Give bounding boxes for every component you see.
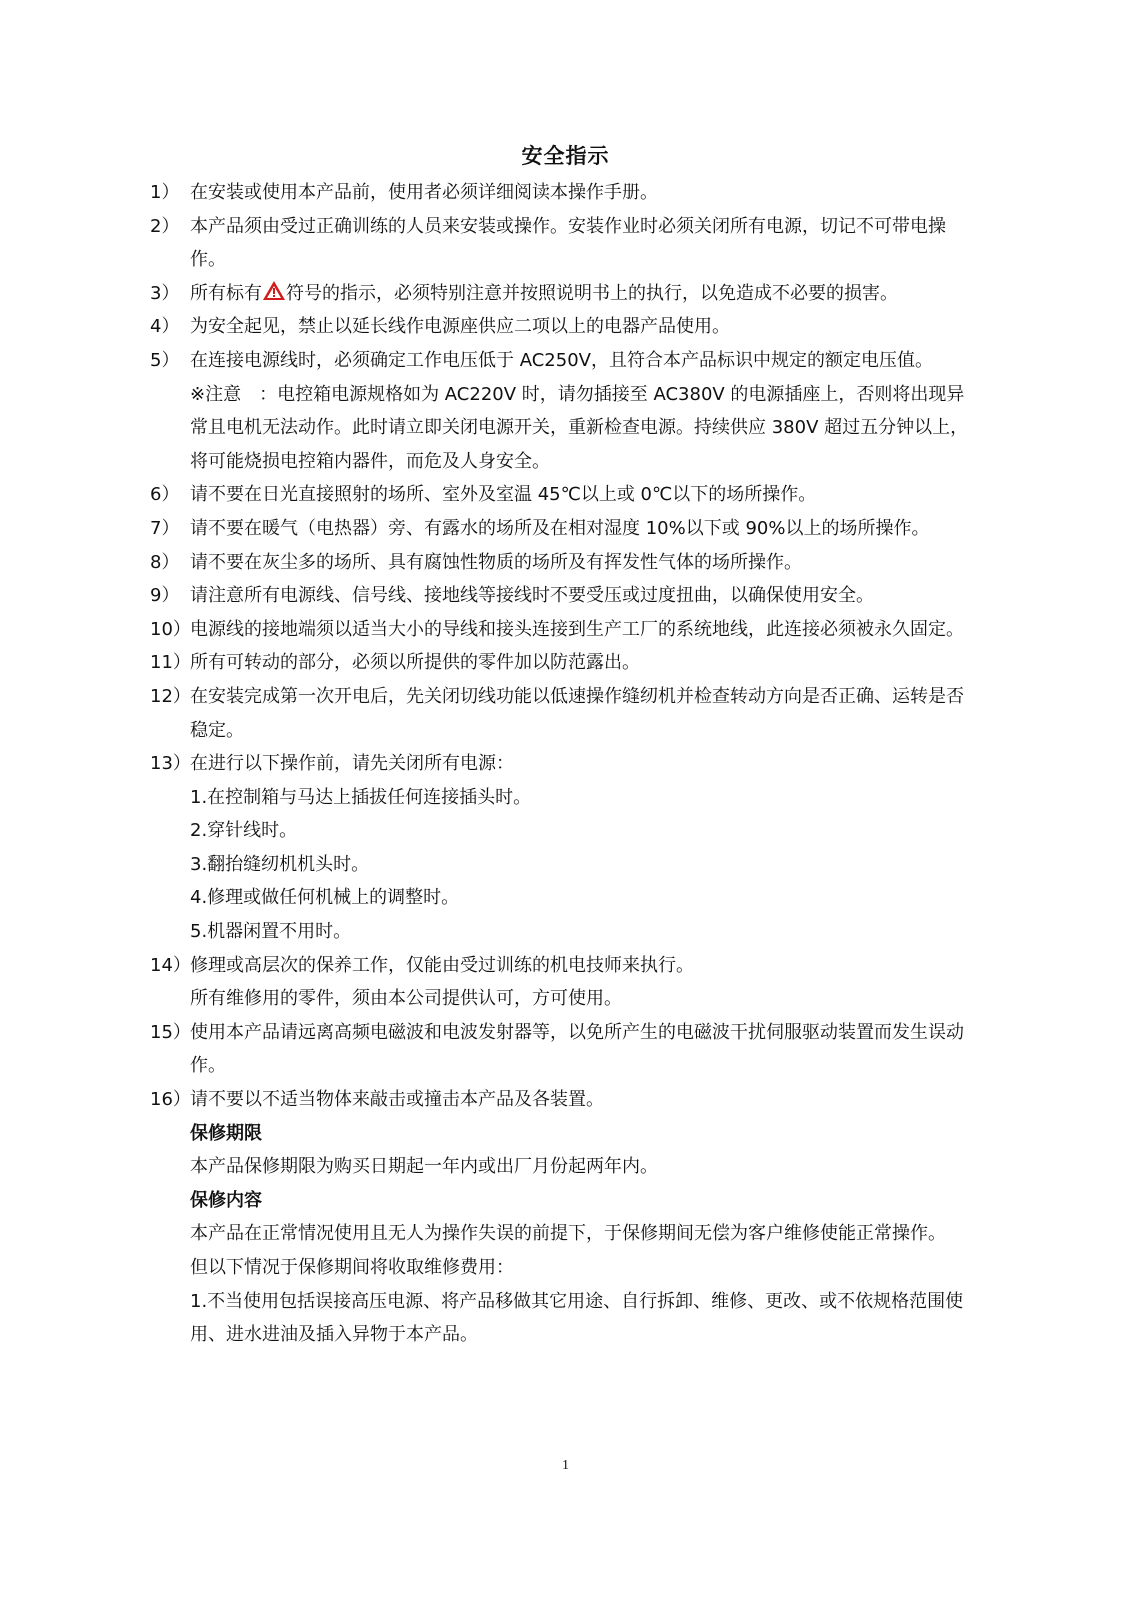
item-number: 15）: [150, 1016, 190, 1083]
item-text: 在安装或使用本产品前，使用者必须详细阅读本操作手册。: [190, 176, 980, 210]
list-item: 10）电源线的接地端须以适当大小的导线和接头连接到生产工厂的系统地线，此连接必须…: [150, 613, 980, 647]
sub-item: 1.在控制箱与马达上插拔任何连接插头时。: [150, 781, 980, 815]
list-item: 14）修理或高层次的保养工作，仅能由受过训练的机电技师来执行。: [150, 949, 980, 983]
item-text: 请不要在暖气（电热器）旁、有露水的场所及在相对湿度 10%以下或 90%以上的场…: [190, 512, 980, 546]
list-item: 2）本产品须由受过正确训练的人员来安装或操作。安装作业时必须关闭所有电源，切记不…: [150, 210, 980, 277]
item-number: 12）: [150, 680, 190, 747]
warning-triangle-icon: [263, 281, 285, 300]
page-title: 安全指示: [0, 140, 1131, 170]
item-text: 本产品须由受过正确训练的人员来安装或操作。安装作业时必须关闭所有电源，切记不可带…: [190, 210, 980, 277]
list-item: 1）在安装或使用本产品前，使用者必须详细阅读本操作手册。: [150, 176, 980, 210]
page-number: 1: [0, 1458, 1131, 1474]
item-text: 所有标有符号的指示，必须特别注意并按照说明书上的执行，以免造成不必要的损害。: [190, 277, 980, 311]
warranty-period-heading: 保修期限: [150, 1117, 980, 1151]
item-text-post: 符号的指示，必须特别注意并按照说明书上的执行，以免造成不必要的损害。: [286, 283, 898, 304]
warranty-content-text: 本产品在正常情况使用且无人为操作失误的前提下，于保修期间无偿为客户维修使能正常操…: [150, 1217, 980, 1251]
item-text: 电源线的接地端须以适当大小的导线和接头连接到生产工厂的系统地线，此连接必须被永久…: [190, 613, 980, 647]
list-item: 3）所有标有符号的指示，必须特别注意并按照说明书上的执行，以免造成不必要的损害。: [150, 277, 980, 311]
warranty-content-heading: 保修内容: [150, 1184, 980, 1218]
safety-instructions: 1）在安装或使用本产品前，使用者必须详细阅读本操作手册。 2）本产品须由受过正确…: [150, 176, 980, 1352]
warranty-charge-intro: 但以下情况于保修期间将收取维修费用：: [150, 1251, 980, 1285]
item-number: 6）: [150, 478, 190, 512]
item-number: 2）: [150, 210, 190, 277]
item-text: 请不要在灰尘多的场所、具有腐蚀性物质的场所及有挥发性气体的场所操作。: [190, 546, 980, 580]
item-text: 使用本产品请远离高频电磁波和电波发射器等，以免所产生的电磁波干扰伺服驱动装置而发…: [190, 1016, 980, 1083]
sub-item: 3.翻抬缝纫机机头时。: [150, 848, 980, 882]
list-item: 5）在连接电源线时，必须确定工作电压低于 AC250V，且符合本产品标识中规定的…: [150, 344, 980, 378]
note-text: ※注意 ：电控箱电源规格如为 AC220V 时，请勿插接至 AC380V 的电源…: [150, 378, 980, 479]
sub-item: 5.机器闲置不用时。: [150, 915, 980, 949]
list-item: 7）请不要在暖气（电热器）旁、有露水的场所及在相对湿度 10%以下或 90%以上…: [150, 512, 980, 546]
list-item: 11）所有可转动的部分，必须以所提供的零件加以防范露出。: [150, 646, 980, 680]
item-text-pre: 所有标有: [190, 283, 262, 304]
list-item: 4）为安全起见，禁止以延长线作电源座供应二项以上的电器产品使用。: [150, 310, 980, 344]
item-number: 7）: [150, 512, 190, 546]
item-number: 8）: [150, 546, 190, 580]
item-text: 在进行以下操作前，请先关闭所有电源：: [190, 747, 980, 781]
sub-item: 2.穿针线时。: [150, 814, 980, 848]
item-text: 为安全起见，禁止以延长线作电源座供应二项以上的电器产品使用。: [190, 310, 980, 344]
item-number: 13）: [150, 747, 190, 781]
item-text: 修理或高层次的保养工作，仅能由受过训练的机电技师来执行。: [190, 949, 980, 983]
item-number: 5）: [150, 344, 190, 378]
item-number: 1）: [150, 176, 190, 210]
list-item: 8）请不要在灰尘多的场所、具有腐蚀性物质的场所及有挥发性气体的场所操作。: [150, 546, 980, 580]
item-text: 在安装完成第一次开电后，先关闭切线功能以低速操作缝纫机并检查转动方向是否正确、运…: [190, 680, 980, 747]
item-text: 请不要在日光直接照射的场所、室外及室温 45℃以上或 0℃以下的场所操作。: [190, 478, 980, 512]
item-number: 3）: [150, 277, 190, 311]
item-number: 14）: [150, 949, 190, 983]
list-item: 6）请不要在日光直接照射的场所、室外及室温 45℃以上或 0℃以下的场所操作。: [150, 478, 980, 512]
sub-item: 4.修理或做任何机械上的调整时。: [150, 881, 980, 915]
item-number: 10）: [150, 613, 190, 647]
list-item: 16）请不要以不适当物体来敲击或撞击本产品及各装置。: [150, 1083, 980, 1117]
list-item: 9）请注意所有电源线、信号线、接地线等接线时不要受压或过度扭曲，以确保使用安全。: [150, 579, 980, 613]
list-item: 15）使用本产品请远离高频电磁波和电波发射器等，以免所产生的电磁波干扰伺服驱动装…: [150, 1016, 980, 1083]
warranty-charge-item: 1.不当使用包括误接高压电源、将产品移做其它用途、自行拆卸、维修、更改、或不依规…: [150, 1285, 980, 1352]
document-page: 安全指示 1）在安装或使用本产品前，使用者必须详细阅读本操作手册。 2）本产品须…: [0, 0, 1131, 1600]
item-text: 在连接电源线时，必须确定工作电压低于 AC250V，且符合本产品标识中规定的额定…: [190, 344, 980, 378]
item-text: 请注意所有电源线、信号线、接地线等接线时不要受压或过度扭曲，以确保使用安全。: [190, 579, 980, 613]
item-text: 请不要以不适当物体来敲击或撞击本产品及各装置。: [190, 1083, 980, 1117]
item-number: 9）: [150, 579, 190, 613]
item-text: 所有可转动的部分，必须以所提供的零件加以防范露出。: [190, 646, 980, 680]
list-item: 12）在安装完成第一次开电后，先关闭切线功能以低速操作缝纫机并检查转动方向是否正…: [150, 680, 980, 747]
sub-item: 所有维修用的零件，须由本公司提供认可，方可使用。: [150, 982, 980, 1016]
list-item: 13）在进行以下操作前，请先关闭所有电源：: [150, 747, 980, 781]
item-number: 11）: [150, 646, 190, 680]
warranty-period-text: 本产品保修期限为购买日期起一年内或出厂月份起两年内。: [150, 1150, 980, 1184]
item-number: 4）: [150, 310, 190, 344]
item-number: 16）: [150, 1083, 190, 1117]
